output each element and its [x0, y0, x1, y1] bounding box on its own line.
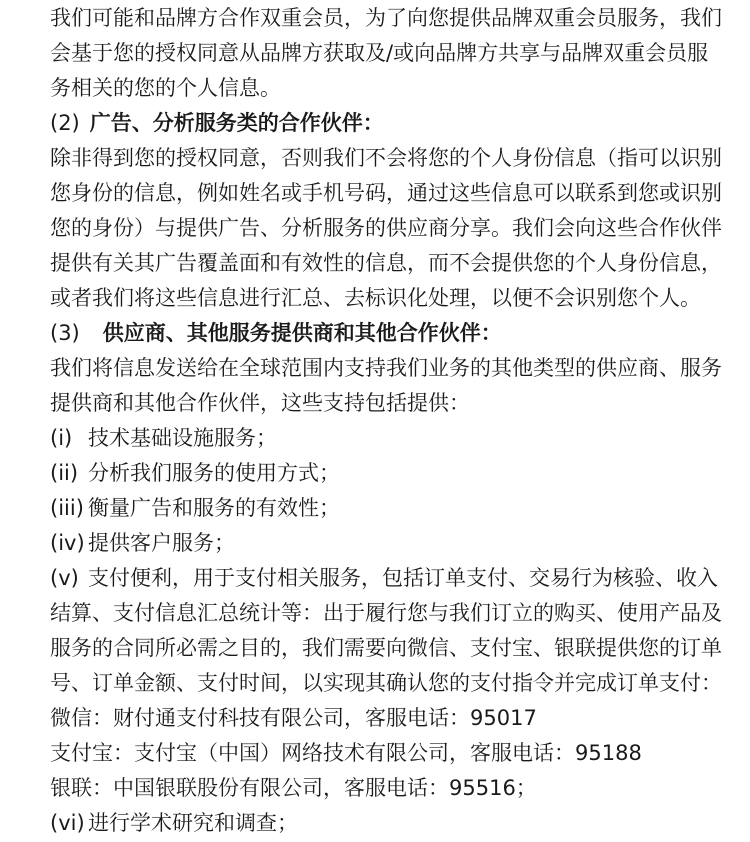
- section-2-marker: (2): [50, 111, 80, 135]
- list-item-i-text: 技术基础设施服务；: [88, 426, 277, 450]
- list-marker-vi: (vi): [50, 806, 88, 841]
- list-item-iii-text: 衡量广告和服务的有效性；: [88, 496, 340, 520]
- list-item-i-tech-infrastructure: (i)技术基础设施服务；: [50, 421, 726, 456]
- list-marker-iii: (iii): [50, 491, 88, 526]
- section-2-title: 广告、分析服务类的合作伙伴：: [90, 111, 384, 135]
- policy-paragraph-ad-analytics-sharing: 除非得到您的授权同意，否则我们不会将您的个人身份信息（指可以识别您身份的信息，例…: [50, 141, 726, 316]
- list-item-vi-academic-research: (vi)进行学术研究和调查；: [50, 806, 726, 841]
- section-heading-3-vendors-partners: (3)供应商、其他服务提供商和其他合作伙伴：: [50, 316, 726, 351]
- payment-contact-alipay: 支付宝：支付宝（中国）网络技术有限公司，客服电话：95188: [50, 736, 726, 771]
- section-3-marker: (3): [50, 321, 80, 345]
- list-item-ii-usage-analysis: (ii)分析我们服务的使用方式；: [50, 456, 726, 491]
- list-item-iv-customer-service: (iv)提供客户服务；: [50, 526, 726, 561]
- list-marker-iv: (iv): [50, 526, 88, 561]
- policy-paragraph-dual-membership: 我们可能和品牌方合作双重会员，为了向您提供品牌双重会员服务，我们会基于您的授权同…: [50, 1, 726, 106]
- payment-contact-wechat: 微信：财付通支付科技有限公司，客服电话：95017: [50, 701, 726, 736]
- policy-paragraph-global-vendors-intro: 我们将信息发送给在全球范围内支持我们业务的其他类型的供应商、服务提供商和其他合作…: [50, 351, 726, 421]
- payment-contact-unionpay: 银联：中国银联股份有限公司，客服电话：95516；: [50, 771, 726, 806]
- list-marker-v: (v): [50, 561, 88, 596]
- privacy-policy-document: 我们可能和品牌方合作双重会员，为了向您提供品牌双重会员服务，我们会基于您的授权同…: [0, 0, 750, 842]
- list-item-vi-text: 进行学术研究和调查；: [88, 811, 298, 835]
- list-marker-ii: (ii): [50, 456, 88, 491]
- list-item-v-text: 支付便利，用于支付相关服务，包括订单支付、交易行为核验、收入结算、支付信息汇总统…: [50, 566, 722, 695]
- section-3-title: 供应商、其他服务提供商和其他合作伙伴：: [103, 321, 502, 345]
- list-item-v-payment-facilitation: (v)支付便利，用于支付相关服务，包括订单支付、交易行为核验、收入结算、支付信息…: [50, 561, 726, 701]
- section-heading-2-advertising-partners: (2)广告、分析服务类的合作伙伴：: [50, 106, 726, 141]
- list-item-iii-ad-effectiveness: (iii)衡量广告和服务的有效性；: [50, 491, 726, 526]
- list-item-iv-text: 提供客户服务；: [88, 531, 235, 555]
- list-marker-i: (i): [50, 421, 88, 456]
- list-item-ii-text: 分析我们服务的使用方式；: [88, 461, 340, 485]
